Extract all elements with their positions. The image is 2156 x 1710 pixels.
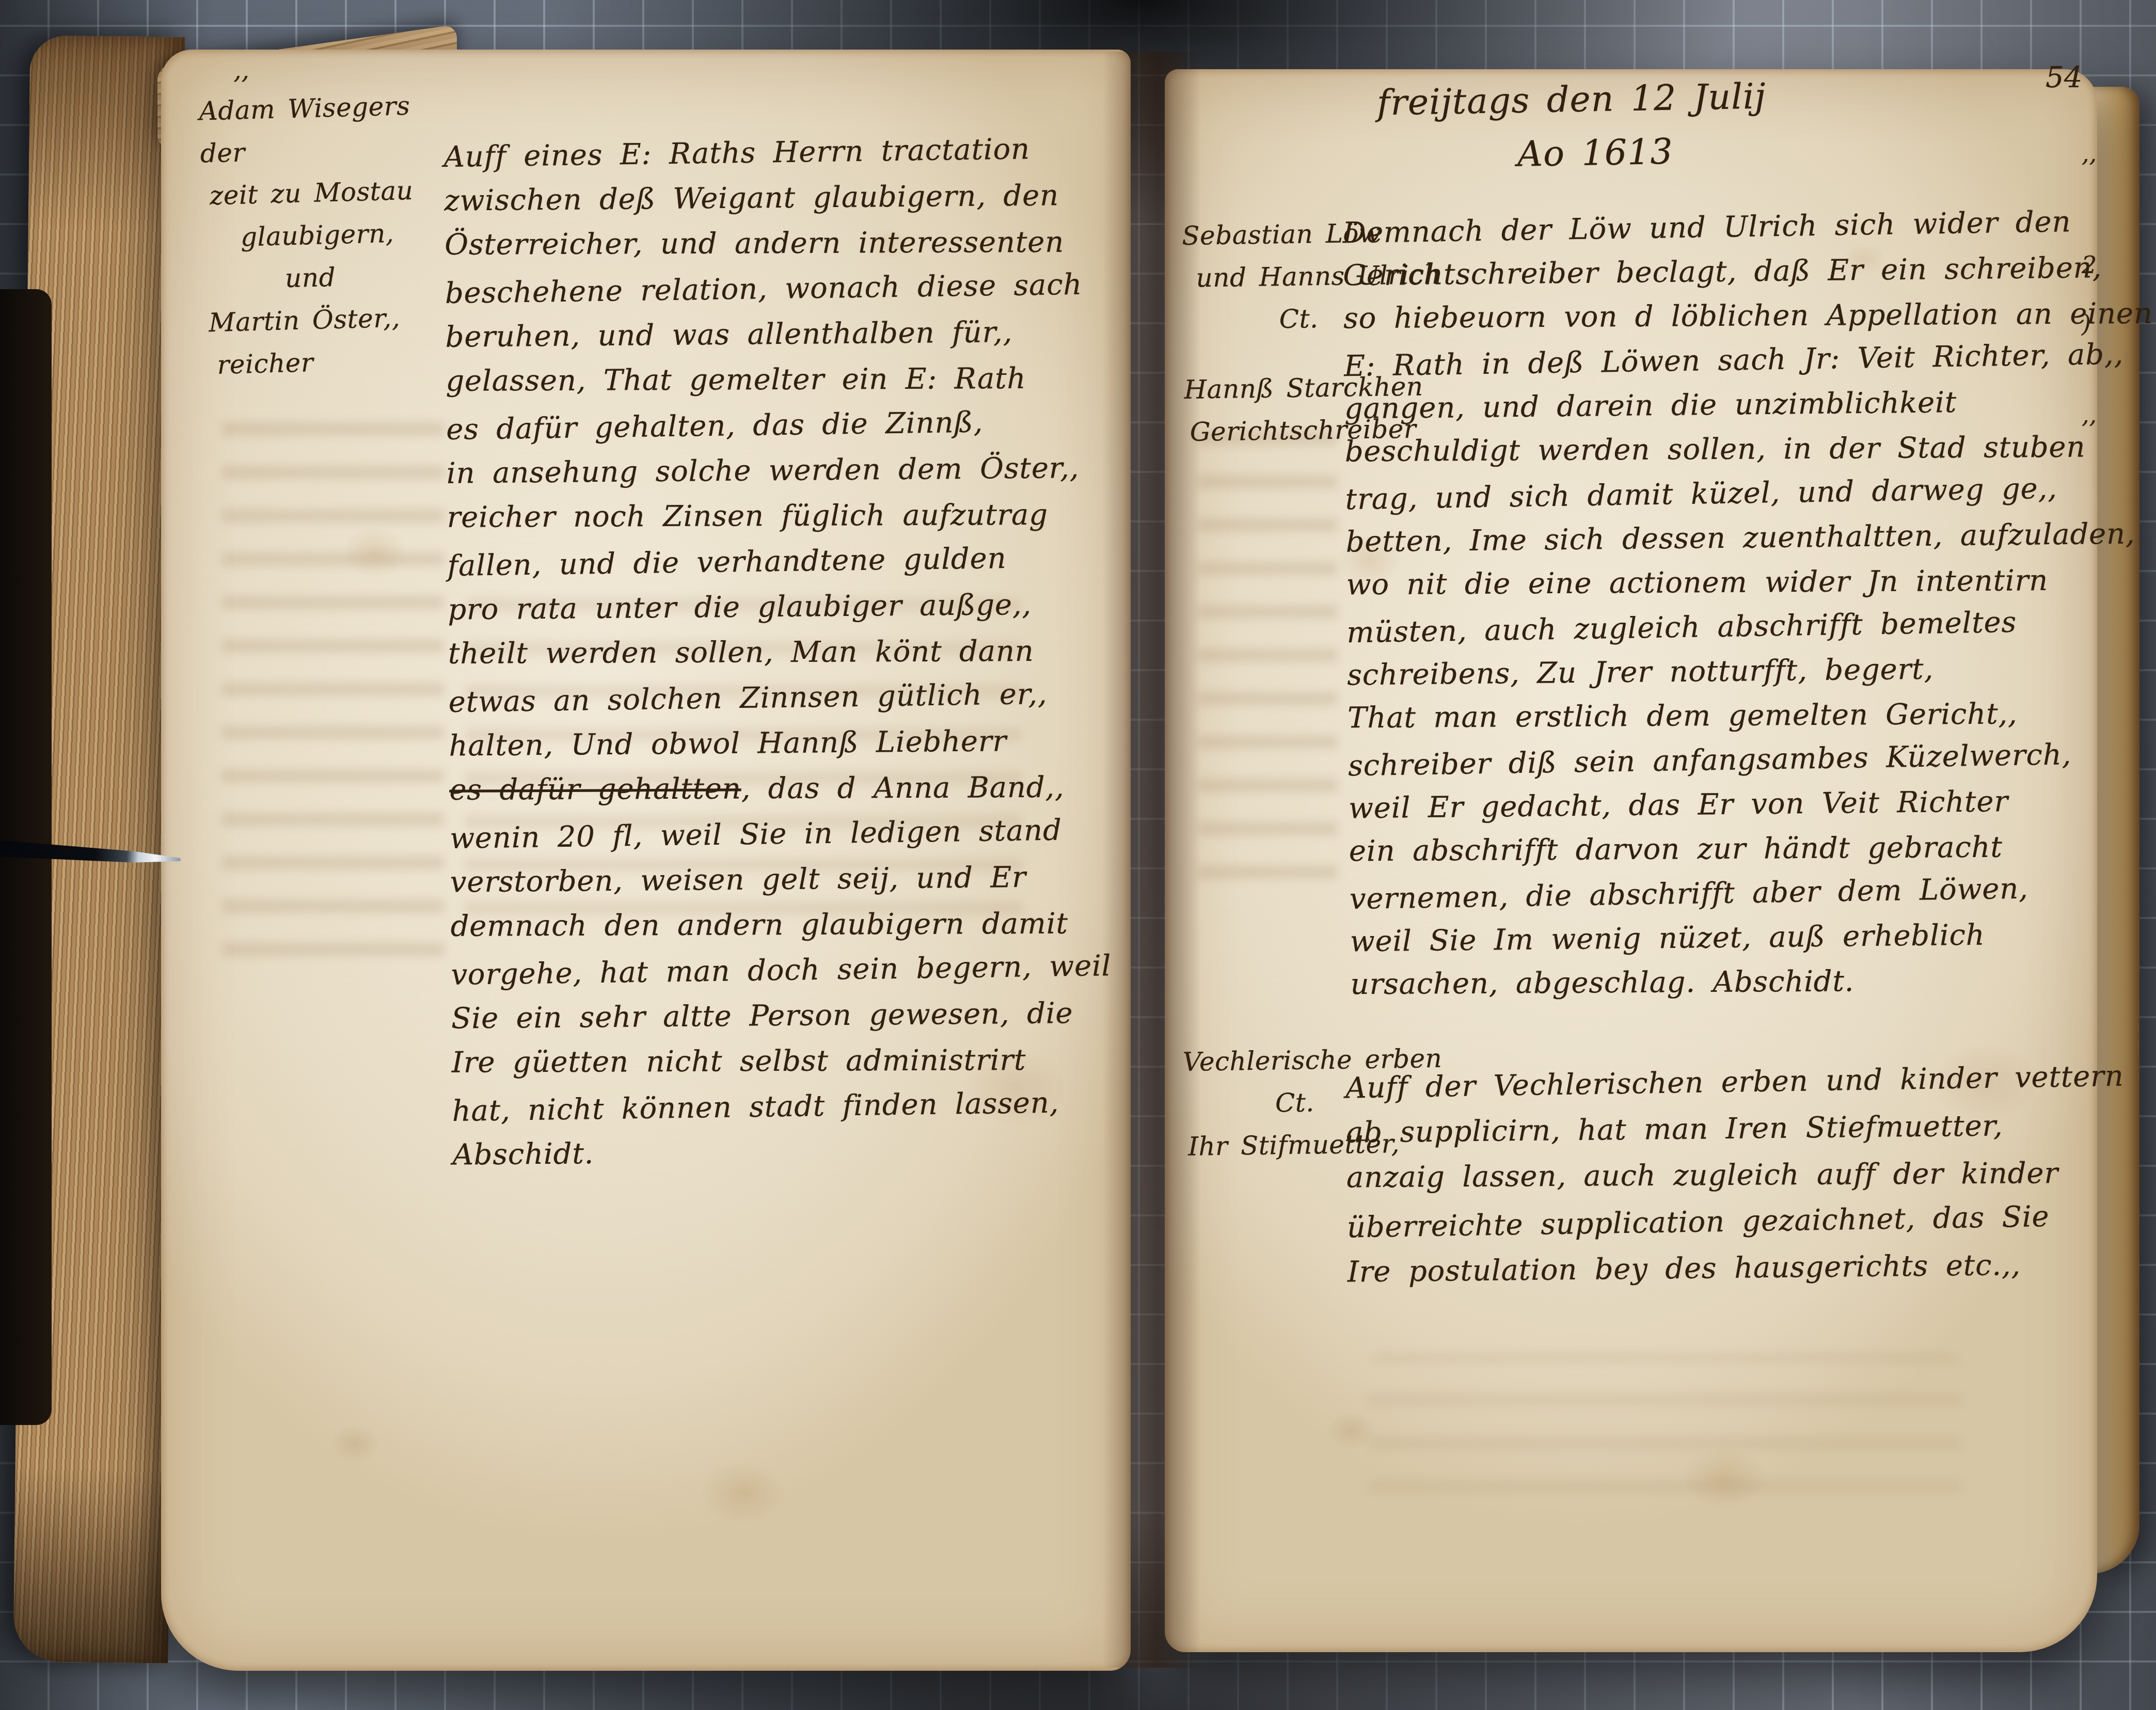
line-text: beschuldigt werden sollen, in der Stad s… [1345,431,2086,469]
line-text: Gerichtschreiber beclagt, daß Er ein sch… [1343,251,2102,292]
line-text: ab supplicirn, hat man Iren Stiefmuetter… [1346,1109,2003,1149]
manuscript-photo: freijtags den 12 Julij Ao 1613 54 ‚‚ Ada… [0,0,2156,1710]
line-text: Sie ein sehr altte Person gewesen, die [451,996,1073,1036]
line-text: beschehene relation, wonach diese sach [445,268,1082,310]
manuscript-line: es dafür gehalten, das die Zinnß, [446,398,1113,453]
margin-note-line: Martin Öster,, [208,295,463,344]
line-text: schreibens, Zu Jrer notturfft, begert, [1347,653,1933,692]
line-text: zwischen deß Weigant glaubigern, den [444,179,1059,217]
line-text: hat, nicht können stadt finden lassen, [452,1086,1059,1128]
manuscript-line: verstorben, weisen gelt seij, und Er [450,854,1116,905]
manuscript-line: wo nit die eine actionem wider Jn intent… [1346,559,2084,608]
line-text: pro rata unter die glaubiger außge,, [448,588,1032,627]
line-text: es dafür gehalten, das die Zinnß, [446,406,984,447]
left-margin-note: Adam Wisegers derzeit zu Mostauglaubiger… [199,84,465,387]
date-heading-line1: freijtags den 12 Julij [1376,70,1766,130]
line-text: weil Er gedacht, das Er von Veit Richter [1349,785,2009,825]
manuscript-line: reicher noch Zinsen füglich aufzutrag [447,492,1113,541]
line-text: anzaig lassen, auch zugleich auff der ki… [1346,1157,2058,1194]
line-text: E: Rath in deß Löwen sach Jr: Veit Richt… [1344,338,2124,384]
right-page-body-text-2: Auff der Vechlerischen erben und kinder … [1345,1055,2097,1295]
line-text: fallen, und die verhandtene gulden [447,542,1007,583]
line-text: wo nit die eine actionem wider Jn intent… [1346,564,2048,601]
line-text: in ansehung solche werden dem Öster,, [447,451,1080,490]
manuscript-line: demnach den andern glaubigern damit [450,901,1116,949]
manuscript-line: etwas an solchen Zinnsen gütlich er,, [448,671,1115,725]
line-text: gangen, und darein die unzimblichkeit [1344,386,1957,425]
line-text: demnach den andern glaubigern damit [450,907,1068,943]
manuscript-line: pro rata unter die glaubiger außge,, [448,581,1114,632]
left-page-body-text: Auff eines E: Raths Herrn tractationzwis… [443,127,1119,1178]
line-text: vernemen, die abschrifft aber dem Löwen, [1349,872,2028,916]
manuscript-line: vorgehe, hat man doch sein begern, weil [451,943,1117,998]
line-text: so hiebeuorn von d löblichen Appellation… [1343,297,2153,336]
struck-text: es dafür gehaltten [449,772,741,806]
manuscript-line: ein abschrifft darvon zur händt gebracht [1349,825,2087,874]
manuscript-line: anzaig lassen, auch zugleich auff der ki… [1346,1150,2096,1201]
line-text: etwas an solchen Zinnsen gütlich er,, [448,677,1047,719]
date-heading-line2: Ao 1613 [1517,123,1767,181]
manuscript-line: gelassen, That gemelter ein E: Rath [446,356,1112,404]
line-text: wenin 20 fl, weil Sie in ledigen stand [450,813,1062,856]
margin-note-line: reicher [216,337,464,386]
margin-note-line: zeit zu Mostau [209,168,460,217]
manuscript-line: ursachen, abgeschlag. Abschidt. [1350,958,2088,1007]
manuscript-line: beschuldigt werden sollen, in der Stad s… [1345,425,2083,474]
folio-page-number: 54 [2046,61,2082,94]
line-text: schreiber diß sein anfangsambes Küzelwer… [1348,738,2072,783]
line-text: Ire postulation bey des hausgerichts etc… [1347,1248,2021,1289]
manuscript-line: so hiebeuorn von d löblichen Appellation… [1343,292,2082,341]
line-text: Abschidt. [452,1137,594,1171]
right-page-body-text: Demnach der Löw und Ulrich sich wider de… [1342,202,2089,1009]
manuscript-line: That man erstlich dem gemelten Gericht,, [1347,692,2086,741]
line-text: betten, Ime sich dessen zuenthaltten, au… [1345,517,2135,559]
line-text: vorgehe, hat man doch sein begern, weil [451,949,1112,992]
manuscript-line: wenin 20 fl, weil Sie in ledigen stand [450,807,1116,862]
manuscript-line: es dafür gehaltten, das d Anna Band,, [449,765,1115,813]
line-text: Auff eines E: Raths Herrn tractation [443,132,1030,174]
line-text: verstorben, weisen gelt seij, und Er [450,861,1026,899]
line-text: trag, und sich damit küzel, und darweg g… [1345,472,2057,517]
line-text: überreichte supplication gezaichnet, das… [1347,1200,2050,1244]
manuscript-line: halten, Und obwol Hannß Liebherr [449,718,1115,769]
manuscript-line: Sie ein sehr altte Person gewesen, die [451,990,1118,1041]
line-text: ursachen, abgeschlag. Abschidt. [1350,964,1854,1001]
manuscript-line: in ansehung solche werden dem Öster,, [447,445,1113,496]
manuscript-line: Ire güetten nicht selbst administrirt [452,1037,1118,1086]
manuscript-line: beruhen, und was allenthalben für,, [445,309,1112,360]
manuscript-line: beschehene relation, wonach diese sach [445,262,1111,316]
line-text: Ire güetten nicht selbst administrirt [452,1043,1026,1080]
line-text: theilt werden sollen, Man könt dann [448,635,1034,671]
line-text: That man erstlich dem gemelten Gericht,, [1347,697,2018,735]
line-text: reicher noch Zinsen füglich aufzutrag [447,498,1048,534]
line-text: , das d Anna Band,, [741,771,1064,806]
manuscript-line: theilt werden sollen, Man könt dann [448,628,1114,677]
margin-note-line: und [284,252,462,299]
manuscript-line: hat, nicht können stadt finden lassen, [452,1080,1118,1134]
left-page-top-mark: ‚‚ [233,56,249,85]
line-text: ein abschrifft darvon zur händt gebracht [1349,831,2003,868]
manuscript-line: Abschidt. [452,1127,1119,1178]
manuscript-line: zwischen deß Weigant glaubigern, den [444,172,1111,224]
margin-note-line: glaubigern, [240,210,461,258]
line-text: Demnach der Löw und Ulrich sich wider de… [1342,205,2071,250]
manuscript-line: Ire postulation bey des hausgerichts etc… [1347,1241,2096,1295]
line-text: Österreicher, und andern interessenten [445,226,1064,262]
manuscript-line: Österreicher, und andern interessenten [445,219,1111,268]
manuscript-line: fallen, und die verhandtene gulden [447,534,1114,589]
line-text: beruhen, und was allenthalben für,, [445,315,1012,354]
line-text: halten, Und obwol Hannß Liebherr [449,724,1007,763]
line-text: gelassen, That gemelter ein E: Rath [446,362,1026,398]
manuscript-line: ab supplicirn, hat man Iren Stiefmuetter… [1346,1102,2095,1156]
line-text: müsten, auch zugleich abschrifft bemelte… [1346,606,2017,650]
date-heading: freijtags den 12 Julij Ao 1613 [1376,70,1767,184]
manuscript-line: Auff eines E: Raths Herrn tractation [443,125,1110,180]
line-text: weil Sie Im wenig nüzet, auß erheblich [1350,919,1985,959]
margin-note-line: Adam Wisegers der [199,84,459,175]
line-text: Auff der Vechlerischen erben und kinder … [1345,1059,2124,1105]
